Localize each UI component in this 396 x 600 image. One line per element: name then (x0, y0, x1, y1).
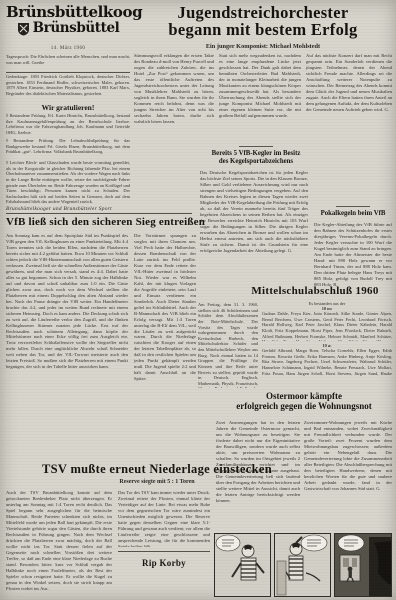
news-item-unfall: ◊ Leichter Blech- und Glasschaden wurde … (6, 160, 130, 205)
tsv-body-col2: Das Tor des TSV kam immer wieder unter D… (118, 490, 210, 547)
jugend-subtitle: Ein junger Komponist: Michael Mohlstedt (134, 43, 392, 50)
names-list-10a: Gerhild Albrand, Marga Born, Telscha Cor… (262, 348, 392, 376)
ostermoor-headline-line2: erfolgreich gegen die Wohnungsnot (216, 401, 392, 411)
news-item-pruefung-2: ◊ Bestandene Prüfung. Die Lehrabschlußpr… (6, 138, 130, 158)
vfb-body-col1: Am Sonntag kam es auf dem Sportplatz Süd… (6, 233, 128, 459)
tagesspruch-paragraph: Tagesspruch: Die Ehrlichen scheinen alle… (6, 54, 130, 71)
pokal-headline: Pokalkegeln beim VfB (314, 210, 392, 218)
divider-rule (118, 551, 210, 552)
tsv-headline: TSV mußte erneut Niederlage einstecken (6, 462, 308, 477)
pokal-body: Die Kegler-Abteilung des VfB führte auf … (314, 222, 392, 286)
gratulieren-heading: Wir gratulieren! (6, 103, 130, 112)
masthead: Brünsbüttelkoog Brünsbüttel (6, 5, 130, 36)
ostermoor-body-col2: Zweizimmer-Wohnungen jeweils mit Küche u… (304, 420, 392, 530)
newspaper-page: Brünsbüttelkoog Brünsbüttel 14. März 196… (0, 0, 396, 600)
masthead-date: 14. März 1960 (6, 46, 130, 51)
masthead-title-line2: Brünsbüttel (33, 22, 120, 36)
section-separator (336, 206, 370, 207)
ostermoor-article-header: Ostermoor kämpfte erfolgreich gegen die … (216, 391, 392, 412)
kegler-article-header: Bereits 5 VfB-Kegler im Besitz des Kegel… (200, 146, 312, 166)
mittelschule-headline: Mittelschulabschluß 1960 (238, 285, 392, 297)
mittelschule-names-block: Es bestanden aus der 10 m: Gudrun Dahle,… (262, 301, 392, 376)
kegler-headline-line2: des Kegelsportabzeichens (200, 158, 312, 166)
comic-strip (214, 533, 392, 597)
section-separator (239, 146, 273, 147)
comic-title: Rip Korby (118, 558, 210, 568)
sport-section-label: Brunsbüttelkooger und Brunsbütteler Spor… (6, 206, 192, 214)
jugend-body-col3: Auf das nächste Konzert darf man mit Rec… (306, 53, 392, 171)
jugend-body-col1: Stimmungsvoll erklangen die ersten Takte… (134, 53, 214, 145)
jugend-headline-line1: Jugendstreichorchester (134, 4, 392, 21)
gedenktage-paragraph: Gedenktage: 1803 Friedrich Gottlieb Klop… (6, 74, 130, 101)
comic-title-block: Rip Korby (118, 551, 210, 568)
masthead-title-line1: Brünsbüttelkoog (6, 5, 130, 20)
tsv-body-col1: Auch der TSV Brunsbüttelkoog konnte auf … (6, 490, 112, 598)
kegler-headline-line1: Bereits 5 VfB-Kegler im Besitz (200, 150, 312, 158)
jugend-body-col2: Statt sich mehr wegzudenken ist, nachdem… (219, 53, 301, 143)
news-item-pruefung-1: ◊ Bestandene Prüfung. Frl. Karin Hinrich… (6, 113, 130, 136)
coat-of-arms-icon (17, 22, 30, 36)
comic-strip-panels (214, 533, 392, 597)
vfb-body-col2: Die Vorstürmer sprangen zu sorglos mit i… (134, 233, 196, 459)
jugend-headline-line2: begann mit bestem Erfolg (134, 21, 392, 38)
names-list-10m: Gudrun Dahle, Freya Kier, Jutta Kömedi, … (262, 311, 392, 341)
tsv-subtitle: Reserve siegte mit 5 : 1 Toren (6, 479, 308, 485)
jugend-article-header: Jugendstreichorchester begann mit bestem… (134, 4, 392, 50)
vfb-headline: VfB ließ sich den sicheren Sieg entreiße… (6, 217, 236, 229)
ostermoor-headline-line1: Ostermoor kämpfte (216, 391, 392, 401)
pokal-article-header: Pokalkegeln beim VfB (314, 206, 392, 218)
mittelschule-intro: Am Freitag, dem 31. 3. 1960, stellten si… (198, 302, 258, 388)
divider-rule (6, 72, 130, 73)
